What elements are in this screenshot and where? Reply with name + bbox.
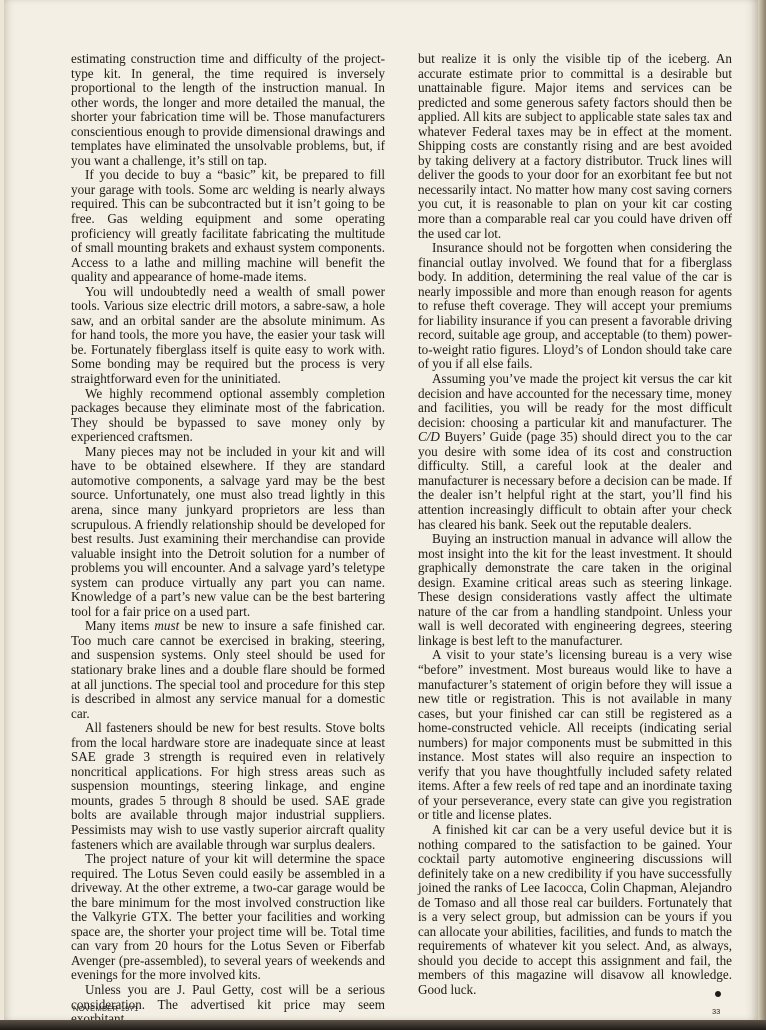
paragraph-text: be new to insure a safe finished car. To… [71, 618, 385, 720]
end-of-article-bullet-icon [715, 991, 721, 997]
paragraph: Buying an instruction manual in advance … [418, 532, 732, 648]
paragraph-text: Assuming you’ve made the project kit ver… [418, 371, 732, 430]
issue-date-footer: NOVEMBER 1971 [73, 1004, 139, 1013]
paragraph: estimating construction time and difficu… [71, 52, 385, 168]
page-bottom-shadow [0, 1020, 766, 1030]
emphasis-text: C/D [418, 429, 440, 444]
paragraph: Insurance should not be forgotten when c… [418, 241, 732, 372]
magazine-page: estimating construction time and difficu… [4, 0, 760, 1020]
paragraph: We highly recommend optional assembly co… [71, 387, 385, 445]
paragraph-text: Many items [85, 618, 154, 633]
emphasis-text: must [154, 618, 179, 633]
left-column: estimating construction time and difficu… [71, 52, 385, 1027]
page-binding-edge [758, 0, 766, 1030]
paragraph: A visit to your state’s licensing bureau… [418, 648, 732, 823]
paragraph: Many items must be new to insure a safe … [71, 619, 385, 721]
page-number: 33 [712, 1007, 720, 1016]
right-column: but realize it is only the visible tip o… [418, 52, 732, 998]
paragraph: Many pieces may not be included in your … [71, 445, 385, 620]
paragraph: The project nature of your kit will dete… [71, 852, 385, 983]
paragraph: You will undoubtedly need a wealth of sm… [71, 285, 385, 387]
paragraph: Assuming you’ve made the project kit ver… [418, 372, 732, 532]
paragraph: but realize it is only the visible tip o… [418, 52, 732, 241]
paragraph: If you decide to buy a “basic” kit, be p… [71, 168, 385, 284]
paragraph: A finished kit car can be a very useful … [418, 823, 732, 998]
paragraph-text: Buyers’ Guide (page 35) should direct yo… [418, 429, 732, 531]
paragraph: All fasteners should be new for best res… [71, 721, 385, 852]
